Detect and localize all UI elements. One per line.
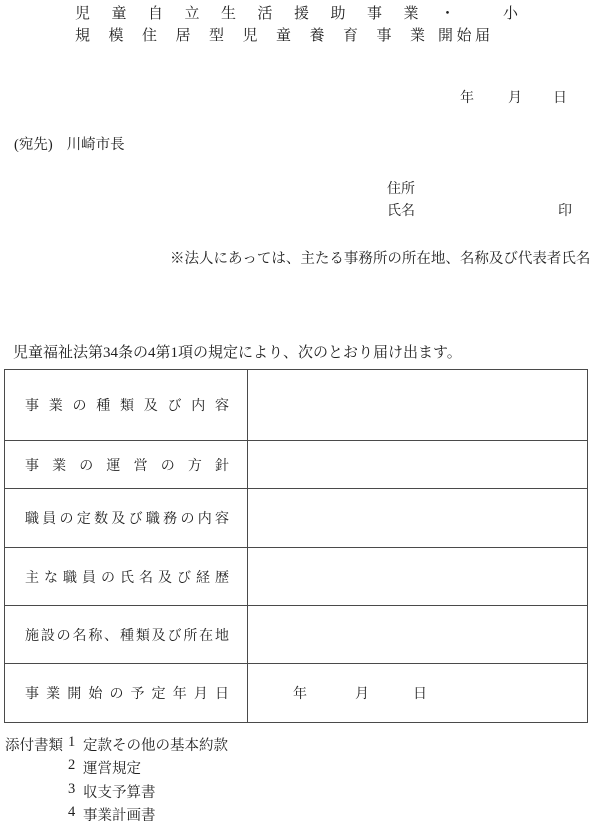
row-value-facility [248, 606, 587, 663]
row-label: 事業開始の予定年月日 [5, 664, 248, 722]
row-value-key-staff [248, 548, 587, 605]
row-value-operation-policy [248, 441, 587, 488]
year-label: 年 [293, 683, 307, 703]
day-label: 日 [553, 87, 567, 107]
table-row-operation-policy: 事業の運営の方針 [5, 441, 587, 489]
name-label: 氏名 [387, 200, 415, 220]
page-title-line1-tail: 小 [503, 2, 518, 23]
table-row-start-date: 事業開始の予定年月日 年 月 日 [5, 664, 587, 722]
row-label: 事業の運営の方針 [5, 441, 248, 488]
attachment-number: 3 [68, 781, 83, 804]
attachments-list: 添付書類 1 定款その他の基本約款 2 運営規定 3 収支予算書 4 事業計画書 [5, 734, 228, 821]
attachment-item: 4 事業計画書 [5, 804, 228, 821]
page-title-line2-tail: 開始届 [438, 24, 494, 45]
table-row-staff-numbers: 職員の定数及び職務の内容 [5, 489, 587, 548]
page-title-line1: 児童自立生活援助事業・ [75, 2, 477, 23]
addressee: (宛先)川崎市長 [14, 133, 125, 154]
table-row-key-staff: 主な職員の氏名及び経歴 [5, 548, 587, 606]
date-line: 年 月 日 [0, 87, 592, 105]
row-value-business-type [248, 370, 587, 440]
form-table: 事業の種類及び内容 事業の運営の方針 職員の定数及び職務の内容 主な職員の氏名及… [4, 369, 588, 723]
form-page: 児童自立生活援助事業・ 小 規模住居型児童養育事業 開始届 年 月 日 (宛先)… [0, 0, 592, 821]
attachment-number: 1 [68, 734, 83, 757]
attachment-number: 2 [68, 757, 83, 780]
attachment-item: 3 収支予算書 [5, 781, 228, 804]
row-label: 主な職員の氏名及び経歴 [5, 548, 248, 605]
attachments-label: 添付書類 [5, 734, 68, 757]
page-title-line2: 規模住居型児童養育事業 [75, 24, 444, 45]
declaration-text: 児童福祉法第34条の4第1項の規定により、次のとおり届け出ます。 [13, 341, 462, 362]
addressee-prefix: (宛先) [14, 137, 53, 153]
month-label: 月 [355, 683, 369, 703]
attachment-text: 収支予算書 [83, 781, 156, 804]
attachment-item: 添付書類 1 定款その他の基本約款 [5, 734, 228, 757]
table-row-business-type: 事業の種類及び内容 [5, 370, 587, 441]
start-date-cell: 年 月 日 [248, 664, 587, 722]
row-label: 施設の名称、種類及び所在地 [5, 606, 248, 663]
attachment-item: 2 運営規定 [5, 757, 228, 780]
table-row-facility: 施設の名称、種類及び所在地 [5, 606, 587, 664]
attachment-text: 事業計画書 [83, 804, 156, 821]
row-label: 職員の定数及び職務の内容 [5, 489, 248, 547]
day-label: 日 [413, 683, 427, 703]
year-label: 年 [460, 87, 474, 107]
addressee-name: 川崎市長 [67, 137, 125, 153]
seal-label: 印 [558, 200, 572, 220]
attachment-text: 定款その他の基本約款 [83, 734, 228, 757]
attachment-number: 4 [68, 804, 83, 821]
corporate-note: ※法人にあっては、主たる事務所の所在地、名称及び代表者氏名 [170, 247, 590, 268]
address-label: 住所 [387, 178, 415, 198]
attachment-text: 運営規定 [83, 757, 141, 780]
row-label: 事業の種類及び内容 [5, 370, 248, 440]
month-label: 月 [508, 87, 522, 107]
row-value-staff-numbers [248, 489, 587, 547]
